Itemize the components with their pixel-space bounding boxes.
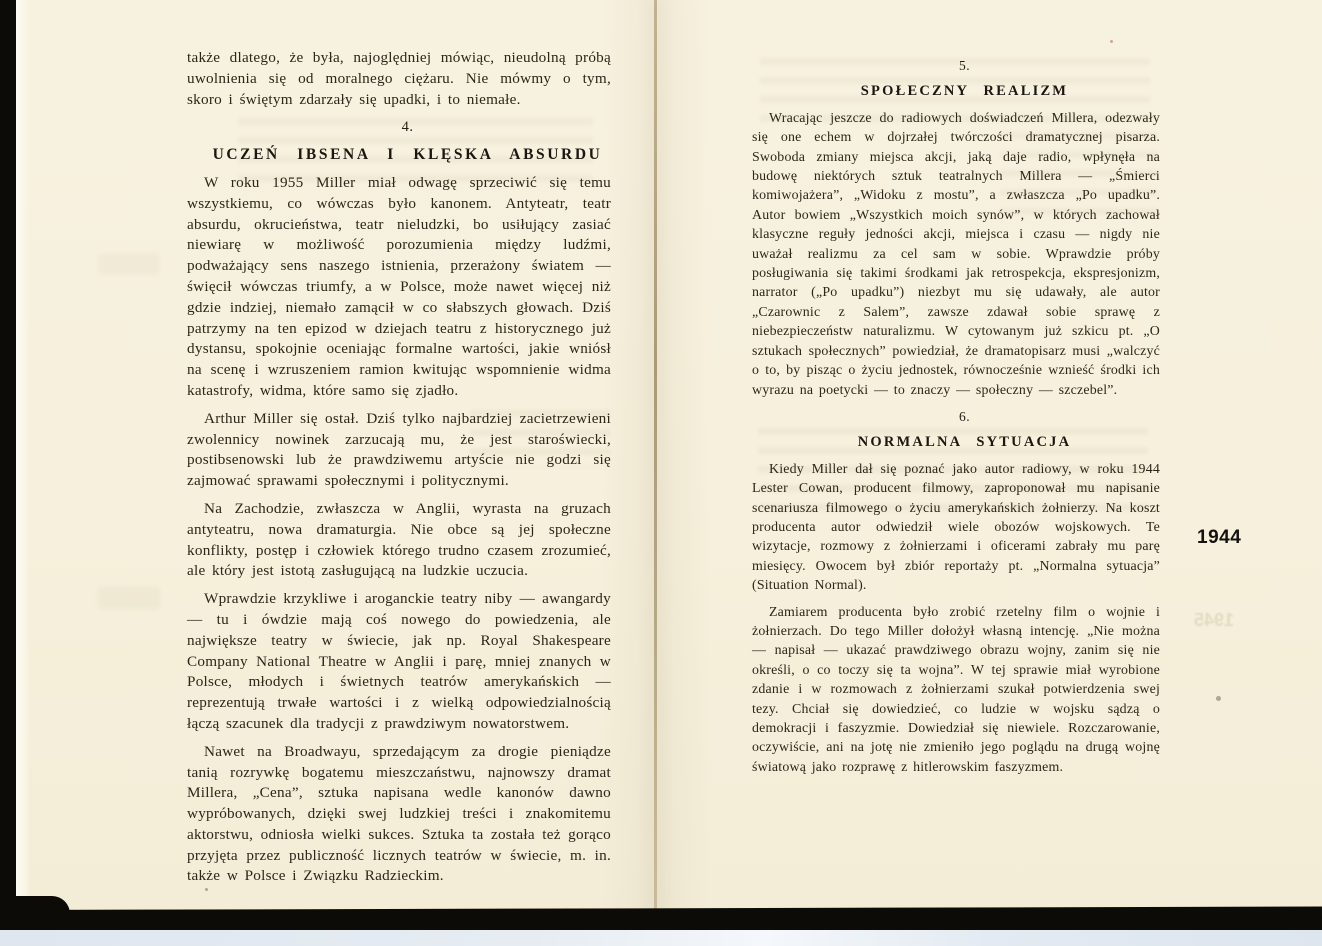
paper-speck bbox=[205, 888, 208, 891]
bleed-through-ghost bbox=[98, 587, 160, 609]
section-4-number: 4. bbox=[187, 117, 611, 138]
bleed-through-year: 1945 bbox=[1194, 610, 1234, 631]
paper-speck bbox=[1216, 696, 1221, 701]
paragraph: Arthur Miller się ostał. Dziś tylko najb… bbox=[187, 409, 611, 492]
left-page-opening-fragment: także dlatego, że była, najoględniej mów… bbox=[187, 48, 611, 110]
section-5-number: 5. bbox=[752, 56, 1160, 75]
margin-year-note: 1944 bbox=[1197, 527, 1241, 549]
paragraph: W roku 1955 Miller miał odwagę sprzeciwi… bbox=[187, 173, 611, 402]
bleed-through-ghost bbox=[98, 253, 160, 275]
paragraph: Wprawdzie krzykliwe i aroganckie teatry … bbox=[187, 589, 611, 735]
section-6-number: 6. bbox=[752, 407, 1160, 426]
paragraph: Nawet na Broadwayu, sprzedającym za drog… bbox=[187, 742, 611, 888]
section-6-title: NORMALNA SYTUACJA bbox=[752, 433, 1160, 452]
paragraph: Zamiarem producenta było zrobić rzetelny… bbox=[752, 603, 1160, 778]
scan-frame-left bbox=[0, 0, 16, 934]
right-page-text-column: 5. SPOŁECZNY REALIZM Wracając jeszcze do… bbox=[752, 56, 1160, 784]
paper-speck bbox=[1110, 40, 1113, 43]
section-5-title: SPOŁECZNY REALIZM bbox=[752, 82, 1160, 101]
paragraph: Kiedy Miller dał się poznać jako autor r… bbox=[752, 460, 1160, 596]
page-edge-highlight bbox=[16, 0, 30, 912]
left-page-text-column: także dlatego, że była, najoględniej mów… bbox=[187, 48, 611, 894]
paragraph: Wracając jeszcze do radiowych doświadcze… bbox=[752, 109, 1160, 400]
book-gutter bbox=[654, 0, 657, 912]
book-scan: także dlatego, że była, najoględniej mów… bbox=[0, 0, 1322, 946]
paragraph: Na Zachodzie, zwłaszcza w Anglii, wyrast… bbox=[187, 499, 611, 582]
gutter-shading-right bbox=[657, 0, 711, 912]
scanner-background-strip bbox=[0, 930, 1322, 946]
section-4-title: UCZEŃ IBSENA I KLĘSKA ABSURDU bbox=[187, 145, 611, 166]
